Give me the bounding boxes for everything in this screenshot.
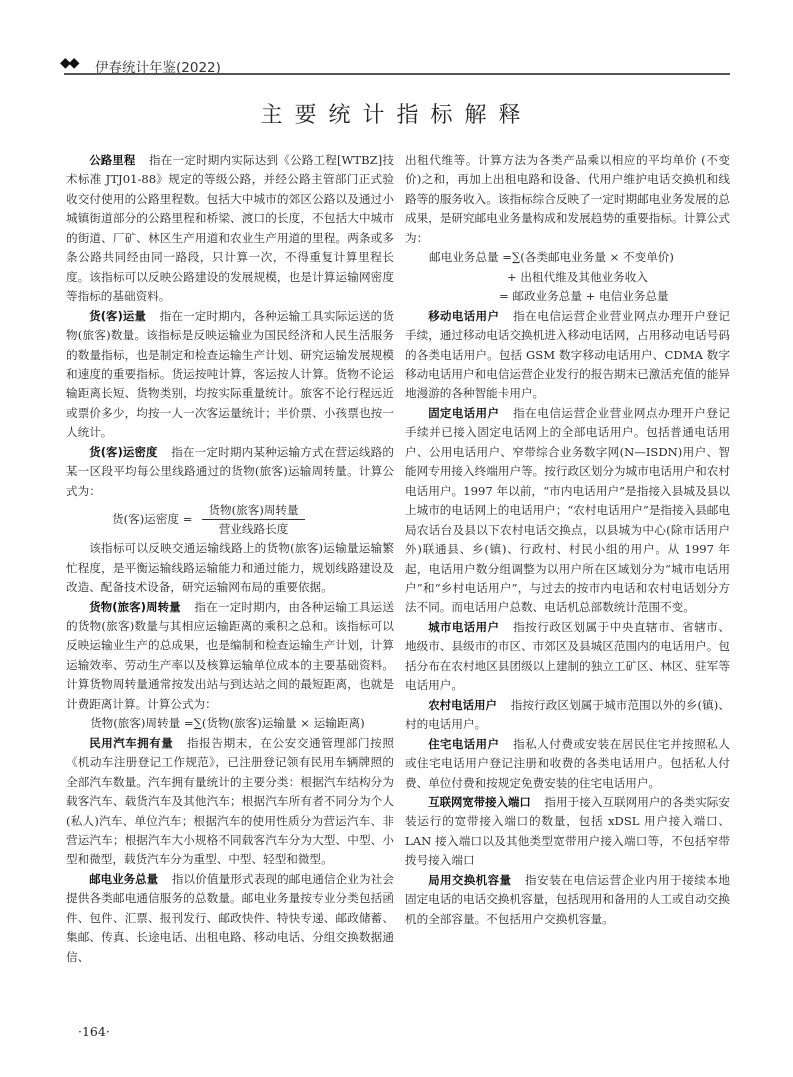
- entry-text: 该指标可以反映交通运输线路上的货物(旅客)运输量运输繁忙程度，是平衡运输线路运输…: [66, 541, 394, 594]
- entry-text: 指在一定时期内，各种运输工具实际运送的货物(旅客)数量。该指标是反映运输业为国民…: [66, 309, 394, 440]
- entry-term: 公路里程: [89, 153, 135, 167]
- entry-term: 货物(旅客)周转量: [89, 600, 181, 614]
- entry-mobile-users: 移动电话用户指在电信运营企业营业网点办理开户登记手续，通过移动电话交换机进入移动…: [405, 307, 730, 404]
- entry-text: 指报告期末，在公安交通管理部门按照《机动车注册登记工作规范》，已注册登记领有民用…: [66, 736, 394, 867]
- fraction-denominator: 营业线路长度: [219, 520, 289, 538]
- page-title: 主要统计指标解释: [0, 98, 793, 129]
- entry-urban-users: 城市电话用户指按行政区划属于中央直辖市、省辖市、地级市、县级市的市区、市郊区及县…: [405, 618, 730, 696]
- entry-term: 局用交换机容量: [428, 873, 511, 887]
- entry-text: 指在电信运营企业营业网点办理开户登记手续并已接入固定电话网上的全部电话用户。包括…: [405, 406, 730, 615]
- entry-text: 出租代维等。计算方法为各类产品乘以相应的平均单价 (不变价)之和，再加上出租电路…: [405, 153, 730, 245]
- entry-post-telecom-continued: 出租代维等。计算方法为各类产品乘以相应的平均单价 (不变价)之和，再加上出租电路…: [405, 151, 730, 248]
- page-number: ·164·: [78, 1024, 110, 1039]
- post-telecom-formula-line-2: + 出租代维及其他业务收入: [405, 268, 730, 287]
- entry-term: 货(客)运量: [89, 309, 146, 323]
- entry-term: 城市电话用户: [428, 620, 499, 634]
- entry-turnover: 货物(旅客)周转量指在一定时期内，由各种运输工具运送的货物(旅客)数量与其相应运…: [66, 598, 394, 715]
- entry-term: 住宅电话用户: [428, 737, 499, 751]
- entry-term: 固定电话用户: [428, 406, 499, 420]
- turnover-formula: 货物(旅客)周转量 =∑(货物(旅客)运输量 × 运输距离): [66, 714, 394, 733]
- entry-freight-passenger-volume: 货(客)运量指在一定时期内，各种运输工具实际运送的货物(旅客)数量。该指标是反映…: [66, 307, 394, 443]
- header-rule: [64, 73, 730, 75]
- entry-term: 邮电业务总量: [89, 872, 158, 886]
- entry-highway-mileage: 公路里程指在一定时期内实际达到《公路工程[WTBZ]技术标准 JTJ01-88》…: [66, 151, 394, 307]
- right-column: 出租代维等。计算方法为各类产品乘以相应的平均单价 (不变价)之和，再加上出租电路…: [405, 151, 730, 929]
- entry-text: 指在一定时期内，由各种运输工具运送的货物(旅客)数量与其相应运输距离的乘积之总和…: [66, 600, 394, 711]
- entry-exchange-capacity: 局用交换机容量指安装在电信运营企业内用于接续本地固定电话的电话交换机容量，包括现…: [405, 871, 730, 929]
- entry-density-note: 该指标可以反映交通运输线路上的货物(旅客)运输量运输繁忙程度，是平衡运输线路运输…: [66, 539, 394, 597]
- fraction-numerator: 货物(旅客)周转量: [202, 502, 304, 520]
- fraction: 货物(旅客)周转量 营业线路长度: [202, 502, 304, 538]
- entry-fixed-users: 固定电话用户指在电信运营企业营业网点办理开户登记手续并已接入固定电话网上的全部电…: [405, 404, 730, 618]
- entry-transport-density: 货(客)运密度指在一定时期内某种运输方式在营运线路的某一区段平均每公里线路通过的…: [66, 443, 394, 501]
- entry-civil-vehicles: 民用汽车拥有量指报告期末，在公安交通管理部门按照《机动车注册登记工作规范》，已注…: [66, 734, 394, 870]
- entry-rural-users: 农村电话用户指按行政区划属于城市范围以外的乡(镇)、村的电话用户。: [405, 696, 730, 735]
- diamond-ornament-icon: ◆◆: [60, 55, 78, 71]
- entry-residential-users: 住宅电话用户指私人付费或安装在居民住宅并按照私人或住宅电话用户登记注册和收费的各…: [405, 735, 730, 793]
- entry-text: 指在一定时期内实际达到《公路工程[WTBZ]技术标准 JTJ01-88》规定的等…: [66, 153, 394, 303]
- entry-term: 货(客)运密度: [89, 445, 157, 459]
- entry-term: 互联网宽带接入端口: [428, 795, 531, 809]
- entry-broadband-ports: 互联网宽带接入端口指用于接入互联网用户的各类实际安装运行的宽带接入端口的数量，包…: [405, 793, 730, 871]
- entry-term: 民用汽车拥有量: [89, 736, 173, 750]
- formula-label: 货(客)运密度 =: [112, 510, 192, 529]
- post-telecom-formula-line-1: 邮电业务总量 =∑(各类邮电业务量 × 不变单价): [405, 248, 730, 267]
- density-formula: 货(客)运密度 = 货物(旅客)周转量 营业线路长度: [112, 501, 394, 539]
- left-column: 公路里程指在一定时期内实际达到《公路工程[WTBZ]技术标准 JTJ01-88》…: [66, 151, 394, 967]
- running-header: ◆◆ 伊春统计年鉴(2022): [40, 56, 730, 76]
- entry-term: 移动电话用户: [428, 309, 499, 323]
- entry-post-telecom-total: 邮电业务总量指以价值量形式表现的邮电通信企业为社会提供各类邮电通信服务的总数量。…: [66, 870, 394, 967]
- entry-term: 农村电话用户: [428, 698, 497, 712]
- post-telecom-formula-line-3: = 邮政业务总量 + 电信业务总量: [405, 287, 730, 306]
